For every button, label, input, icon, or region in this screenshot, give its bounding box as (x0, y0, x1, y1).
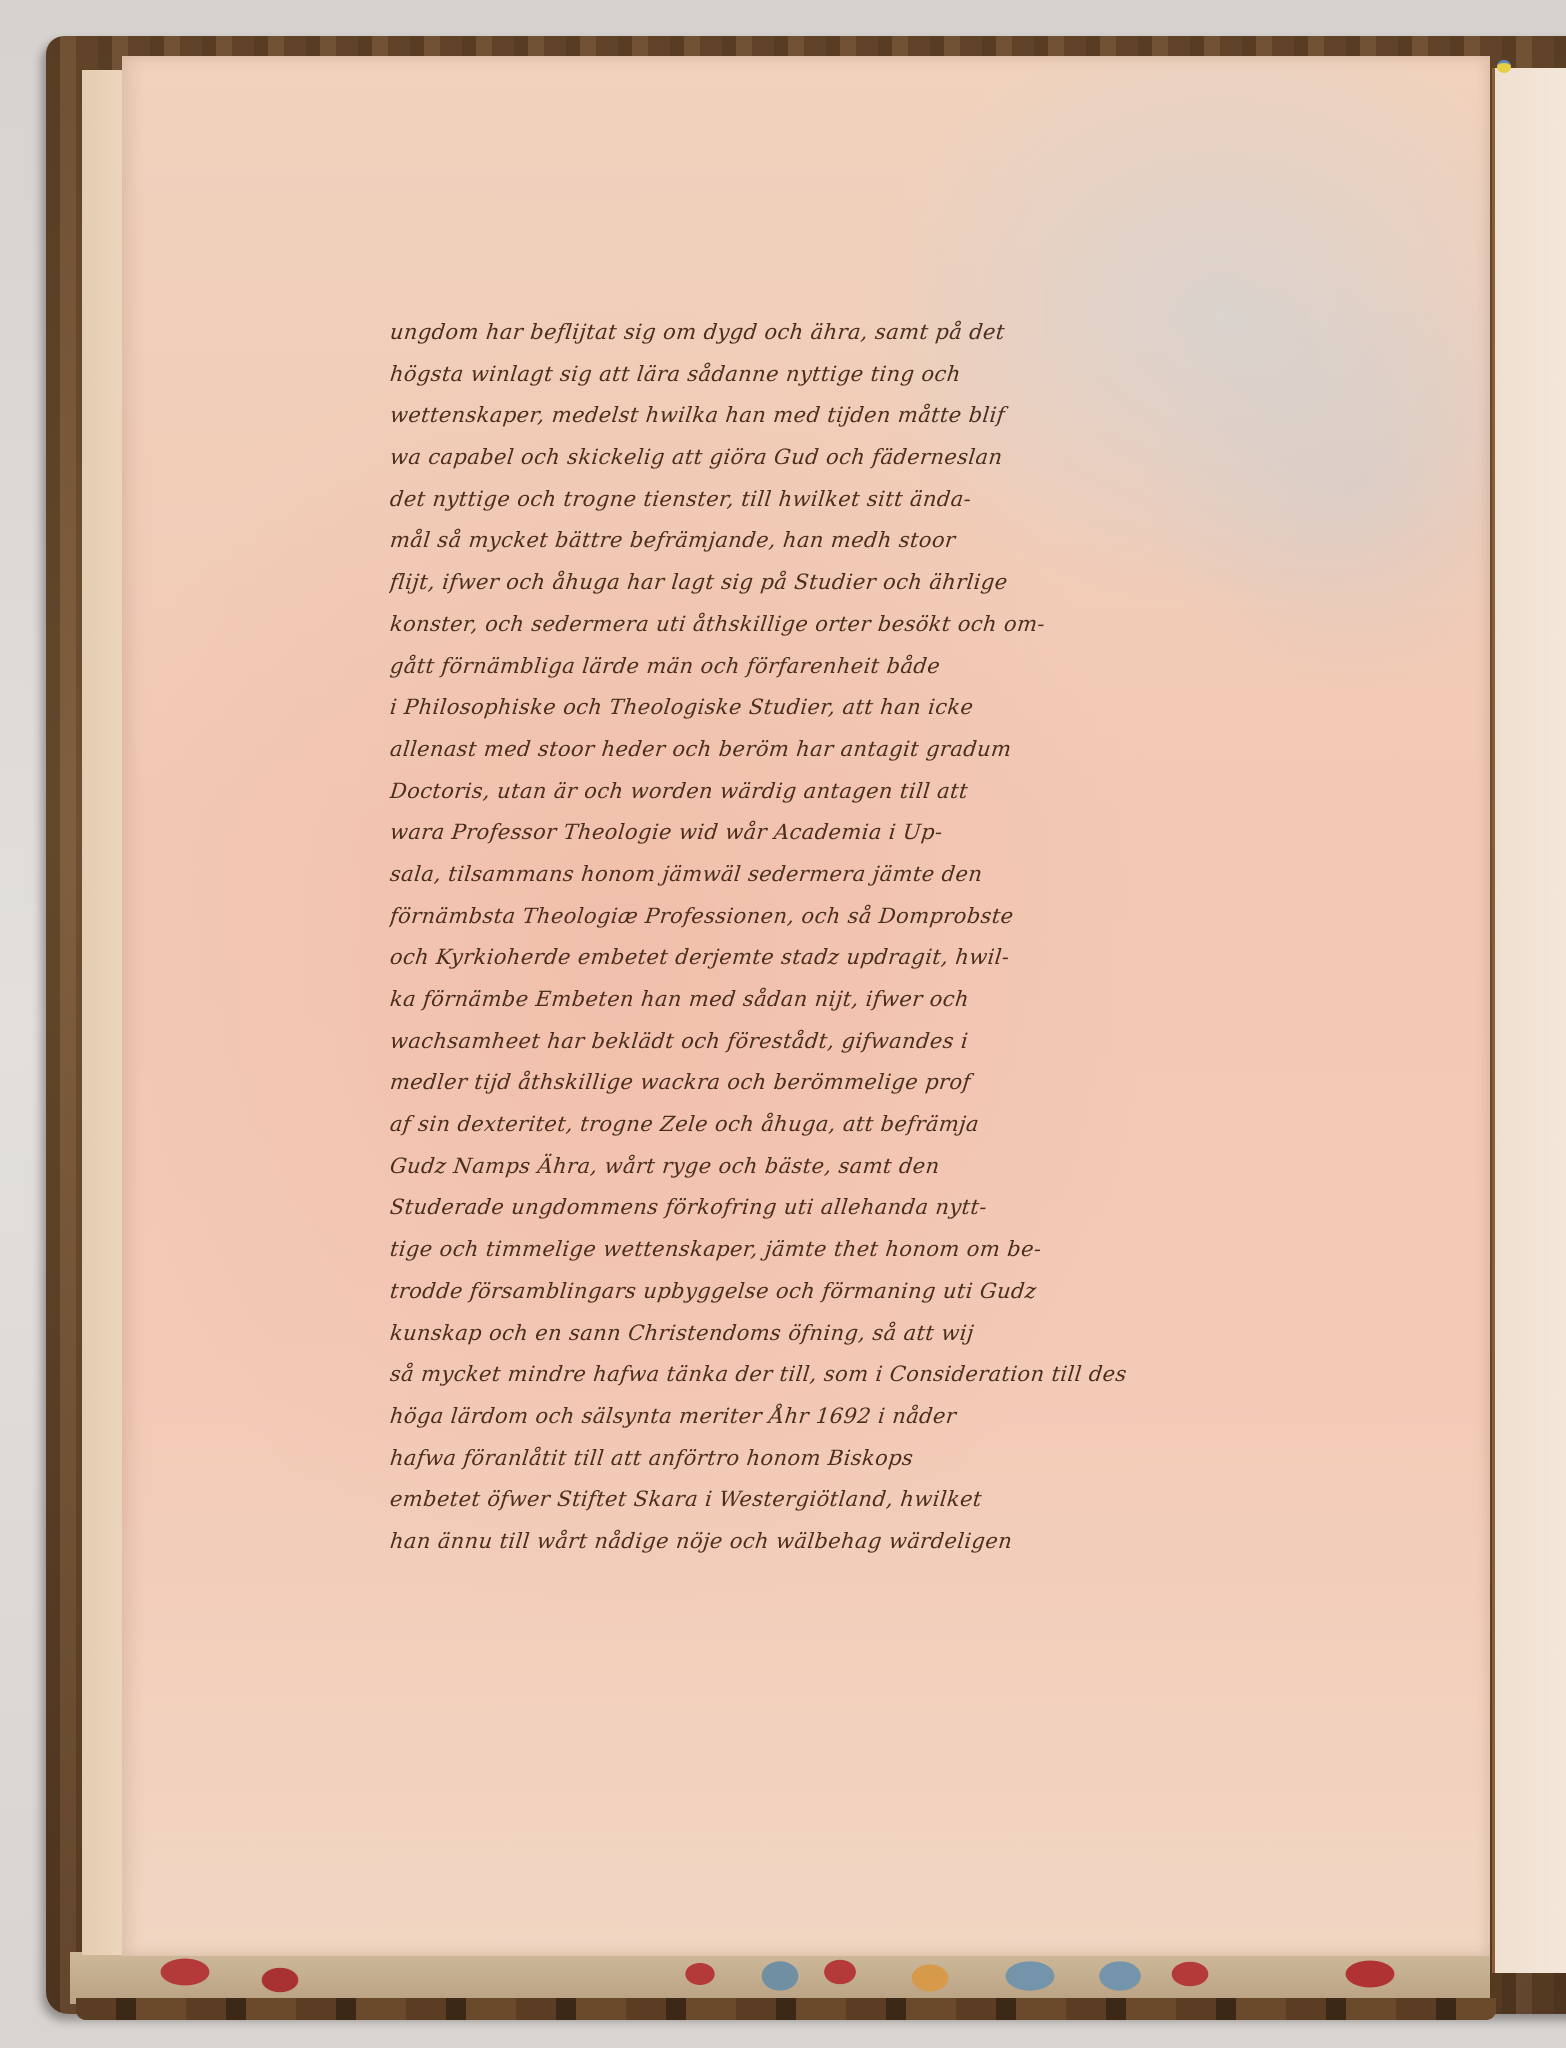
manuscript-line: hafwa föranlåtit till att anförtro honom… (388, 1438, 1392, 1480)
manuscript-line: embetet öfwer Stiftet Skara i Westergiöt… (388, 1479, 1392, 1521)
manuscript-line: sala, tilsammans honom jämwäl sedermera … (388, 854, 1392, 896)
manuscript-line: medler tijd åthskillige wackra och beröm… (388, 1062, 1392, 1104)
manuscript-line: förnämbsta Theologiæ Professionen, och s… (388, 896, 1392, 938)
manuscript-line: Doctoris, utan är och worden wärdig anta… (388, 771, 1392, 813)
facing-page-edge (1492, 68, 1566, 1973)
manuscript-line: högsta winlagt sig att lära sådanne nytt… (388, 354, 1392, 396)
manuscript-line: trodde församblingars upbyggelse och för… (388, 1271, 1392, 1313)
manuscript-line: tige och timmelige wettenskaper, jämte t… (388, 1229, 1392, 1271)
binding-bottom-edge (76, 1998, 1496, 2020)
manuscript-line: kunskap och en sann Christendoms öfning,… (388, 1313, 1392, 1355)
manuscript-line: wara Professor Theologie wid wår Academi… (388, 812, 1392, 854)
manuscript-line: det nyttige och trogne tienster, till hw… (388, 479, 1392, 521)
manuscript-line: wachsamheet har beklädt och förestådt, g… (388, 1021, 1392, 1063)
manuscript-line: Studerade ungdommens förkofring uti alle… (388, 1187, 1392, 1229)
manuscript-line: i Philosophiske och Theologiske Studier,… (388, 687, 1392, 729)
manuscript-text-block: ungdom har beflijtat sig om dygd och ähr… (390, 312, 1390, 1563)
manuscript-line: allenast med stoor heder och beröm har a… (388, 729, 1392, 771)
manuscript-line: flijt, ifwer och åhuga har lagt sig på S… (388, 562, 1392, 604)
manuscript-line: konster, och sedermera uti åthskillige o… (388, 604, 1392, 646)
manuscript-line: så mycket mindre hafwa tänka der till, s… (388, 1354, 1392, 1396)
manuscript-line: och Kyrkioherde embetet derjemte stadz u… (388, 937, 1392, 979)
manuscript-line: gått förnämbliga lärde män och förfarenh… (388, 646, 1392, 688)
manuscript-line: ka förnämbe Embeten han med sådan nijt, … (388, 979, 1392, 1021)
manuscript-line: mål så mycket bättre befrämjande, han me… (388, 520, 1392, 562)
manuscript-line: wa capabel och skickelig att giöra Gud o… (388, 437, 1392, 479)
manuscript-line: han ännu till wårt nådige nöje och wälbe… (388, 1521, 1392, 1563)
manuscript-line: Gudz Namps Ähra, wårt ryge och bäste, sa… (388, 1146, 1392, 1188)
bookmark-pin-icon (1497, 60, 1511, 73)
marbled-endpaper-edge (70, 1952, 1490, 2004)
manuscript-line: wettenskaper, medelst hwilka han med tij… (388, 395, 1392, 437)
manuscript-line: höga lärdom och sälsynta meriter Åhr 169… (388, 1396, 1392, 1438)
manuscript-line: af sin dexteritet, trogne Zele och åhuga… (388, 1104, 1392, 1146)
manuscript-line: ungdom har beflijtat sig om dygd och ähr… (388, 312, 1392, 354)
